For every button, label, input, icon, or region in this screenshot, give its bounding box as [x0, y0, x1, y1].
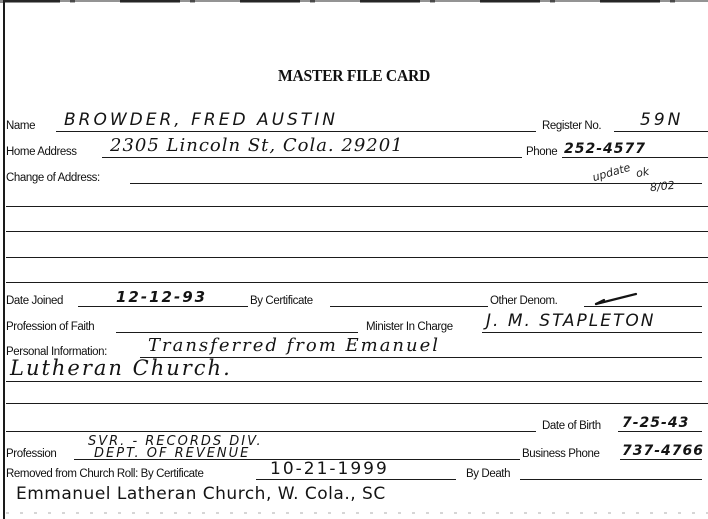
card-title: MASTER FILE CARD	[28, 66, 679, 86]
personal-information-value-2[interactable]: Lutheran Church.	[10, 356, 232, 380]
register-no-value[interactable]: 59N	[640, 110, 683, 130]
update-note-ok: ok	[635, 165, 650, 180]
date-joined-label: Date Joined	[6, 295, 63, 307]
removed-row: Removed from Church Roll: By Certificate…	[6, 460, 708, 482]
minister-in-charge-value[interactable]: J. M. STAPLETON	[486, 311, 656, 331]
removed-certificate-value[interactable]: 10-21-1999	[270, 459, 389, 479]
checkmark-icon	[594, 291, 638, 307]
personal-information-line-2	[6, 381, 702, 382]
phone-line	[562, 157, 708, 158]
address-blank-line-3[interactable]	[6, 257, 708, 258]
by-certificate-line[interactable]	[330, 306, 488, 307]
date-joined-row: Date Joined 12-12-93 By Certificate Othe…	[6, 287, 708, 309]
register-no-label: Register No.	[542, 120, 601, 132]
name-value[interactable]: BROWDER, FRED AUSTIN	[64, 110, 338, 130]
by-death-label: By Death	[466, 468, 510, 480]
by-death-line[interactable]	[520, 479, 702, 480]
profession-of-faith-row: Profession of Faith Minister In Charge J…	[6, 313, 708, 335]
home-address-value[interactable]: 2305 Lincoln St, Cola. 29201	[110, 135, 404, 156]
address-blank-line-1[interactable]	[6, 206, 708, 207]
phone-value[interactable]: 252-4577	[564, 141, 646, 157]
by-certificate-label: By Certificate	[250, 295, 313, 307]
date-of-birth-value[interactable]: 7-25-43	[622, 415, 689, 431]
date-of-birth-lead-line	[6, 431, 536, 432]
name-line	[56, 131, 536, 132]
update-note-line2: ok	[635, 165, 650, 180]
personal-information-blank-line[interactable]	[6, 403, 708, 404]
register-no-line	[614, 131, 708, 132]
minister-in-charge-label: Minister In Charge	[366, 321, 453, 333]
home-address-line	[102, 157, 522, 158]
business-phone-value[interactable]: 737-4766	[622, 443, 704, 459]
update-note-date: 8/02	[649, 179, 675, 195]
date-joined-value[interactable]: 12-12-93	[116, 288, 207, 306]
profession-label: Profession	[6, 448, 56, 460]
profession-of-faith-line[interactable]	[116, 332, 358, 333]
profession-of-faith-label: Profession of Faith	[6, 321, 94, 333]
date-joined-line	[78, 306, 248, 307]
address-blank-line-2[interactable]	[6, 231, 708, 232]
home-address-label: Home Address	[6, 146, 77, 158]
minister-in-charge-line	[482, 332, 702, 333]
other-denom-label: Other Denom.	[490, 295, 557, 307]
removed-label: Removed from Church Roll: By Certificate	[6, 468, 203, 480]
change-of-address-line[interactable]	[130, 183, 702, 184]
name-row: Name BROWDER, FRED AUSTIN Register No. 5…	[6, 112, 708, 134]
scan-edge-noise	[0, 0, 708, 3]
change-of-address-label: Change of Address:	[6, 172, 100, 184]
business-phone-label: Business Phone	[522, 448, 600, 460]
date-of-birth-line	[618, 431, 702, 432]
date-of-birth-label: Date of Birth	[542, 420, 601, 432]
removed-certificate-line	[256, 479, 456, 480]
profession-value-2[interactable]: DEPT. OF REVENUE	[94, 446, 250, 461]
address-blank-line-4[interactable]	[6, 282, 708, 283]
personal-information-value-1[interactable]: Transferred from Emanuel	[148, 335, 440, 356]
date-of-birth-row: Date of Birth 7-25-43	[6, 412, 708, 434]
home-address-row: Home Address 2305 Lincoln St, Cola. 2920…	[6, 138, 708, 160]
phone-label: Phone	[526, 146, 557, 158]
name-label: Name	[6, 120, 35, 132]
personal-information-row-2: Lutheran Church.	[6, 362, 708, 384]
scan-bottom-noise	[6, 512, 708, 514]
update-note-line3: 8/02	[649, 179, 675, 195]
